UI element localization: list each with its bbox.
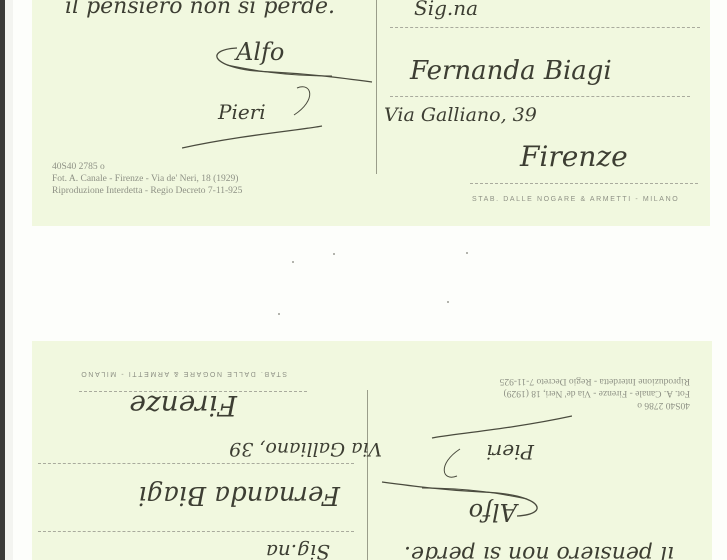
message-line: il pensiero non si perde.	[404, 541, 674, 560]
scan-speck	[292, 261, 294, 263]
address-city: Firenze	[129, 389, 237, 422]
postcard-bottom-rotated-content: il pensiero non si perde. Alfo Pieri 40S…	[32, 341, 712, 560]
imprint-code: 40S40 2786 o	[637, 399, 690, 410]
signature-pieri: Pieri	[218, 100, 266, 124]
scan-speck	[278, 313, 280, 315]
signature-pieri: Pieri	[486, 440, 534, 464]
postcard-top: il pensiero non si perde. Alfo Pieri 40S…	[32, 0, 710, 226]
address-salutation: Sig.na	[414, 0, 478, 20]
address-city: Firenze	[520, 140, 628, 173]
address-line-2	[390, 96, 690, 97]
imprint-copyright: Riproduzione Interdetta - Regio Decreto …	[52, 186, 242, 197]
card-divider-line	[367, 390, 368, 560]
signature-flourish-icon	[372, 414, 572, 524]
address-street: Via Galliano, 39	[229, 438, 382, 460]
imprint-photographer: Fot. A. Canale - Firenze - Via de' Neri,…	[52, 174, 238, 185]
address-line-3	[79, 391, 307, 392]
imprint-code: 40S40 2785 o	[52, 162, 105, 173]
address-line-2	[38, 463, 354, 464]
address-salutation: Sig.na	[266, 540, 330, 560]
postcard-bottom: il pensiero non si perde. Alfo Pieri 40S…	[32, 341, 712, 560]
message-line: il pensiero non si perde.	[65, 0, 335, 19]
address-name: Fernanda Biagi	[410, 56, 612, 86]
scan-edge-light	[5, 0, 13, 560]
signature-flourish-icon	[182, 40, 382, 150]
scan-speck	[333, 253, 335, 255]
scan-speck	[466, 252, 468, 254]
printer-imprint: STAB. DALLE NOGARE & ARMETTI - MILANO	[472, 196, 679, 203]
address-line-1	[38, 531, 354, 532]
card-divider-line	[376, 0, 377, 174]
address-line-1	[390, 27, 700, 28]
address-street: Via Galliano, 39	[384, 104, 537, 126]
scan-speck	[447, 301, 449, 303]
address-line-3	[470, 183, 698, 184]
address-name: Fernanda Biagi	[138, 480, 340, 510]
imprint-photographer: Fot. A. Canale - Firenze - Via de' Neri,…	[504, 387, 690, 398]
imprint-copyright: Riproduzione Interdetta - Regio Decreto …	[500, 375, 690, 386]
printer-imprint: STAB. DALLE NOGARE & ARMETTI - MILANO	[80, 370, 287, 377]
